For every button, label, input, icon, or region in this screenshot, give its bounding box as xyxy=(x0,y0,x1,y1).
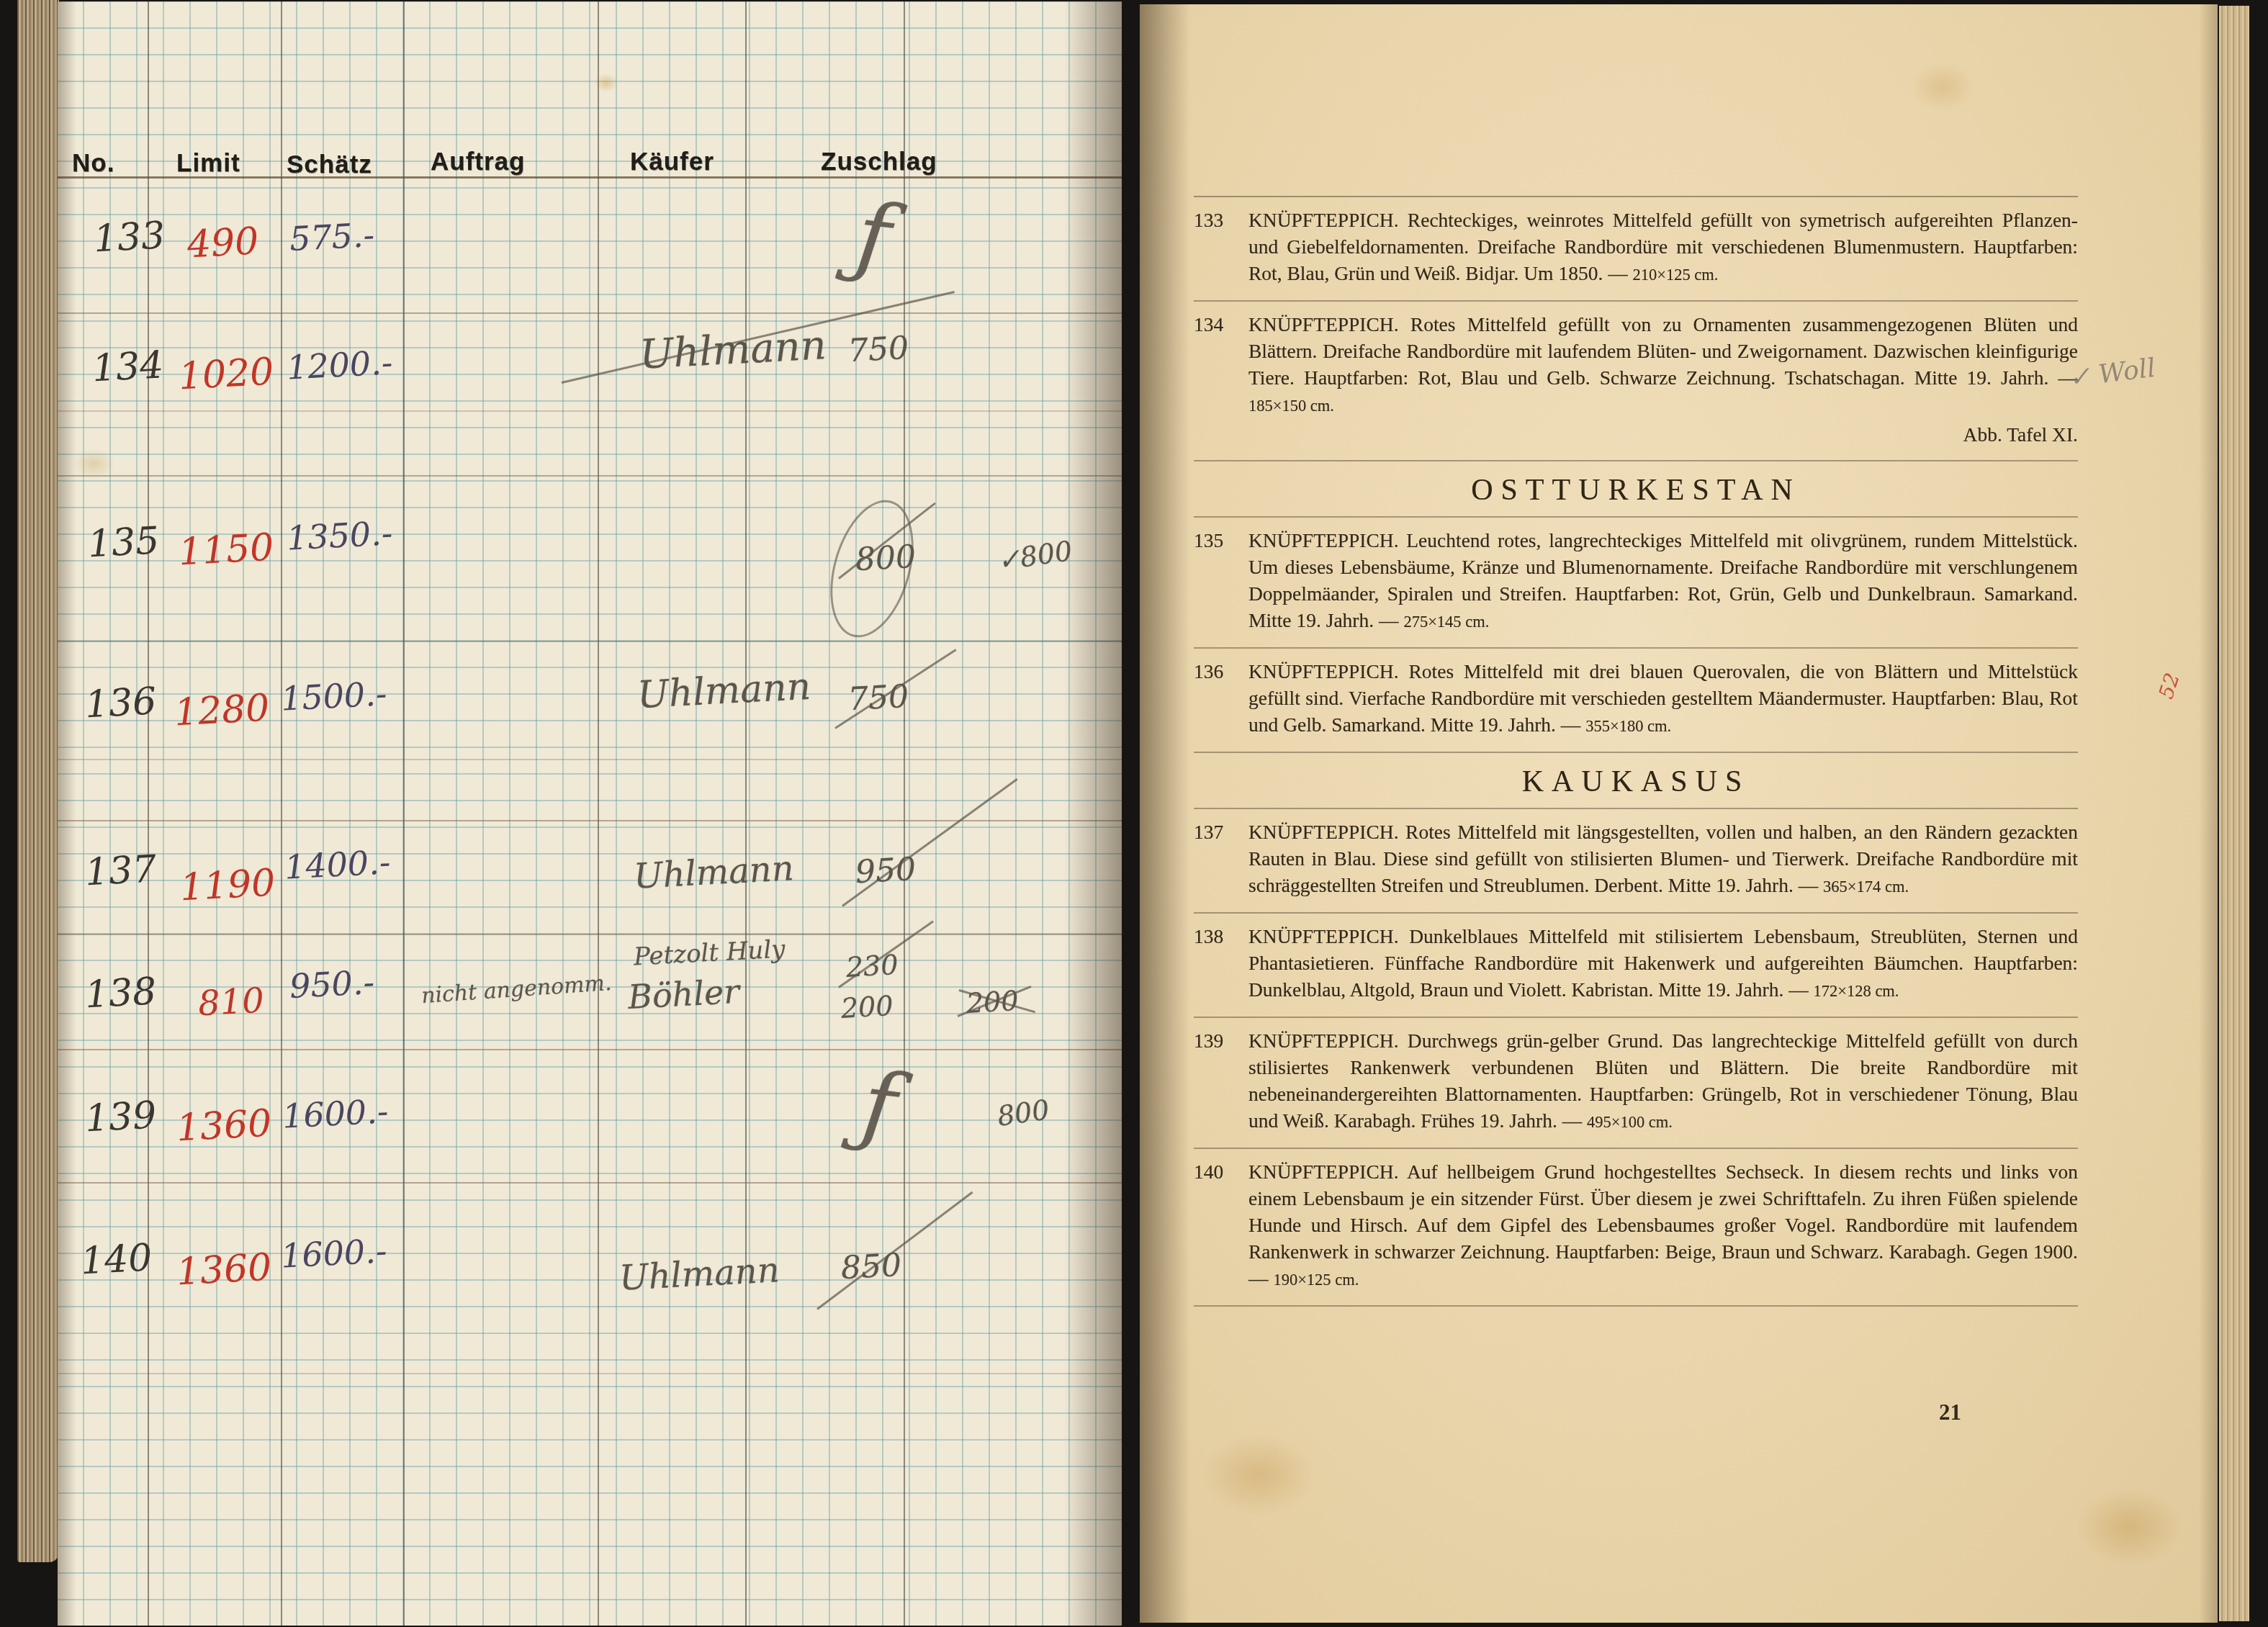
section-heading-kaukasus: KAUKASUS xyxy=(1194,753,2078,809)
lot-number: 140 xyxy=(1194,1158,1241,1293)
row-divider xyxy=(58,1373,1122,1374)
row-schaetz: 1350.- xyxy=(286,513,394,558)
row-no: 134 xyxy=(91,343,164,390)
lot-body: KNÜPFTEPPICH. Rotes Mittelfeld gefüllt v… xyxy=(1248,313,2078,389)
lot-size: 365×174 cm. xyxy=(1823,878,1909,896)
lot-number: 134 xyxy=(1194,311,1241,448)
row-kaeufer: Uhlmann xyxy=(638,322,827,379)
row-schaetz: 950.- xyxy=(289,963,376,1006)
row-divider xyxy=(58,759,1122,760)
lot-description: KNÜPFTEPPICH. Auf hellbeigem Grund hochg… xyxy=(1248,1158,2078,1293)
lot-size: 275×145 cm. xyxy=(1403,613,1489,631)
row-no: 135 xyxy=(86,519,160,566)
row-schaetz: 1400.- xyxy=(284,842,392,887)
lot-body: KNÜPFTEPPICH. Auf hellbeigem Grund hochg… xyxy=(1248,1160,2078,1289)
row-no: 140 xyxy=(79,1236,153,1283)
lot-number: 133 xyxy=(1194,207,1241,288)
catalog-entry: 138 KNÜPFTEPPICH. Dunkelblaues Mittelfel… xyxy=(1194,914,2078,1018)
auftrag-note: nicht angenomm. xyxy=(420,970,612,1009)
catalog-entry: 134 KNÜPFTEPPICH. Rotes Mittelfeld gefül… xyxy=(1194,302,2078,461)
row-zuschlag: 750 xyxy=(847,330,910,369)
row-divider xyxy=(58,475,1122,477)
section-heading-ostturkestan: OSTTURKESTAN xyxy=(1194,461,2078,518)
lot-number: 139 xyxy=(1194,1027,1241,1135)
lot-body: KNÜPFTEPPICH. Rotes Mittelfeld mit längs… xyxy=(1248,821,2078,896)
column-divider xyxy=(598,1,599,1626)
row-limit: 1020 xyxy=(178,351,275,399)
catalog-entry: 135 KNÜPFTEPPICH. Leuchtend rotes, langr… xyxy=(1194,518,2078,649)
column-divider xyxy=(403,1,405,1626)
row-divider xyxy=(58,934,1122,935)
catalog-entry: 136 KNÜPFTEPPICH. Rotes Mittelfeld mit d… xyxy=(1194,649,2078,753)
row-no: 133 xyxy=(92,214,166,261)
column-divider xyxy=(745,1,747,1626)
lot-description: KNÜPFTEPPICH. Rotes Mittelfeld mit drei … xyxy=(1248,658,2078,739)
row-schaetz: 1200.- xyxy=(286,343,394,387)
lot-number: 137 xyxy=(1194,819,1241,900)
catalog-page: 133 KNÜPFTEPPICH. Rechteckiges, weinrote… xyxy=(1140,4,2218,1623)
row-limit: 490 xyxy=(186,220,259,266)
row-limit: 1280 xyxy=(174,687,271,735)
row-kaeufer: Uhlmann xyxy=(633,848,795,897)
row-zuschlag-2: 200 xyxy=(840,990,894,1024)
lot-description: KNÜPFTEPPICH. Rechteckiges, weinrotes Mi… xyxy=(1248,207,2078,288)
header-schaetz: Schätz xyxy=(287,150,372,179)
row-divider xyxy=(58,410,1122,412)
row-limit: 810 xyxy=(197,981,265,1024)
left-page-stack-edge xyxy=(17,0,59,1562)
zuschlag-flourish: ƒ xyxy=(850,184,896,292)
row-kaeufer-2: Böhler xyxy=(627,972,741,1017)
catalog-text-block: 133 KNÜPFTEPPICH. Rechteckiges, weinrote… xyxy=(1194,196,2078,1307)
row-divider xyxy=(58,1049,1122,1050)
header-limit: Limit xyxy=(176,149,240,178)
edge-shadow xyxy=(2199,4,2218,1623)
catalog-entry: 133 KNÜPFTEPPICH. Rechteckiges, weinrote… xyxy=(1194,197,2078,302)
lot-description: KNÜPFTEPPICH. Durchwegs grün-gelber Grun… xyxy=(1248,1027,2078,1135)
lot-number: 138 xyxy=(1194,923,1241,1004)
page-number: 21 xyxy=(1939,1400,1961,1425)
row-no: 137 xyxy=(84,847,157,894)
lot-size: 185×150 cm. xyxy=(1248,397,1334,415)
scribble-loop xyxy=(816,490,928,647)
margin-red-note: 52 xyxy=(2154,670,2184,701)
lot-description: KNÜPFTEPPICH. Dunkelblaues Mittelfeld mi… xyxy=(1248,923,2078,1004)
lot-body: KNÜPFTEPPICH. Dunkelblaues Mittelfeld mi… xyxy=(1248,925,2078,1001)
lot-number: 135 xyxy=(1194,527,1241,635)
lot-size: 355×180 cm. xyxy=(1585,717,1671,735)
row-schaetz: 1600.- xyxy=(282,1091,390,1136)
gutter-shadow xyxy=(1064,1,1122,1626)
gutter-shadow xyxy=(1140,4,1190,1623)
header-zuschlag: Zuschlag xyxy=(821,148,937,176)
plate-reference: Abb. Tafel XI. xyxy=(1248,421,2078,448)
lot-size: 210×125 cm. xyxy=(1633,266,1719,284)
lot-description: KNÜPFTEPPICH. Rotes Mittelfeld mit längs… xyxy=(1248,819,2078,900)
row-no: 138 xyxy=(84,970,157,1017)
book-photo: No. Limit Schätz Auftrag Käufer Zuschlag… xyxy=(0,0,2268,1627)
row-limit: 1150 xyxy=(178,526,275,574)
lot-size: 172×128 cm. xyxy=(1814,982,1899,1000)
lot-size: 190×125 cm. xyxy=(1273,1271,1359,1289)
row-divider xyxy=(58,641,1122,642)
row-schaetz: 1500.- xyxy=(280,674,388,718)
row-divider xyxy=(58,312,1122,314)
paper-stain xyxy=(2076,1487,2184,1567)
row-kaeufer: Uhlmann xyxy=(636,665,812,718)
row-no: 139 xyxy=(84,1094,157,1140)
edge-shadow xyxy=(58,1,76,1626)
column-divider xyxy=(904,1,905,1626)
paper-stain xyxy=(1910,62,1975,112)
lot-description: KNÜPFTEPPICH. Rotes Mittelfeld gefüllt v… xyxy=(1248,311,2078,448)
zuschlag-flourish: ƒ xyxy=(856,1053,902,1160)
zuschlag-note: 800 xyxy=(995,1094,1051,1132)
header-kaeufer: Käufer xyxy=(630,148,714,176)
row-limit: 1360 xyxy=(176,1246,273,1294)
row-kaeufer: Uhlmann xyxy=(618,1250,780,1299)
catalog-entry: 139 KNÜPFTEPPICH. Durchwegs grün-gelber … xyxy=(1194,1018,2078,1149)
ledger-page: No. Limit Schätz Auftrag Käufer Zuschlag… xyxy=(58,1,1122,1626)
margin-pencil-note: ✓ Woll xyxy=(2067,353,2157,393)
zuschlag-note: ✓800 xyxy=(995,535,1074,577)
strike-line xyxy=(842,778,1017,907)
row-no: 136 xyxy=(84,680,157,726)
row-limit: 1360 xyxy=(176,1102,273,1150)
row-schaetz: 1600.- xyxy=(280,1231,388,1276)
row-kaeufer: Petzolt Huly xyxy=(633,935,786,972)
row-schaetz: 575.- xyxy=(289,215,376,258)
lot-body: KNÜPFTEPPICH. Leuchtend rotes, langrecht… xyxy=(1248,529,2078,631)
catalog-entry: 140 KNÜPFTEPPICH. Auf hellbeigem Grund h… xyxy=(1194,1149,2078,1307)
catalog-entry: 137 KNÜPFTEPPICH. Rotes Mittelfeld mit l… xyxy=(1194,809,2078,914)
lot-description: KNÜPFTEPPICH. Leuchtend rotes, langrecht… xyxy=(1248,527,2078,635)
row-divider xyxy=(58,1182,1122,1184)
header-no: No. xyxy=(72,149,114,178)
lot-number: 136 xyxy=(1194,658,1241,739)
lot-size: 495×100 cm. xyxy=(1587,1113,1673,1131)
header-auftrag: Auftrag xyxy=(431,148,525,176)
right-page-stack-edge xyxy=(2219,6,2249,1621)
paper-stain xyxy=(1201,1433,1316,1516)
row-limit: 1190 xyxy=(179,862,276,910)
column-divider xyxy=(281,1,282,1626)
